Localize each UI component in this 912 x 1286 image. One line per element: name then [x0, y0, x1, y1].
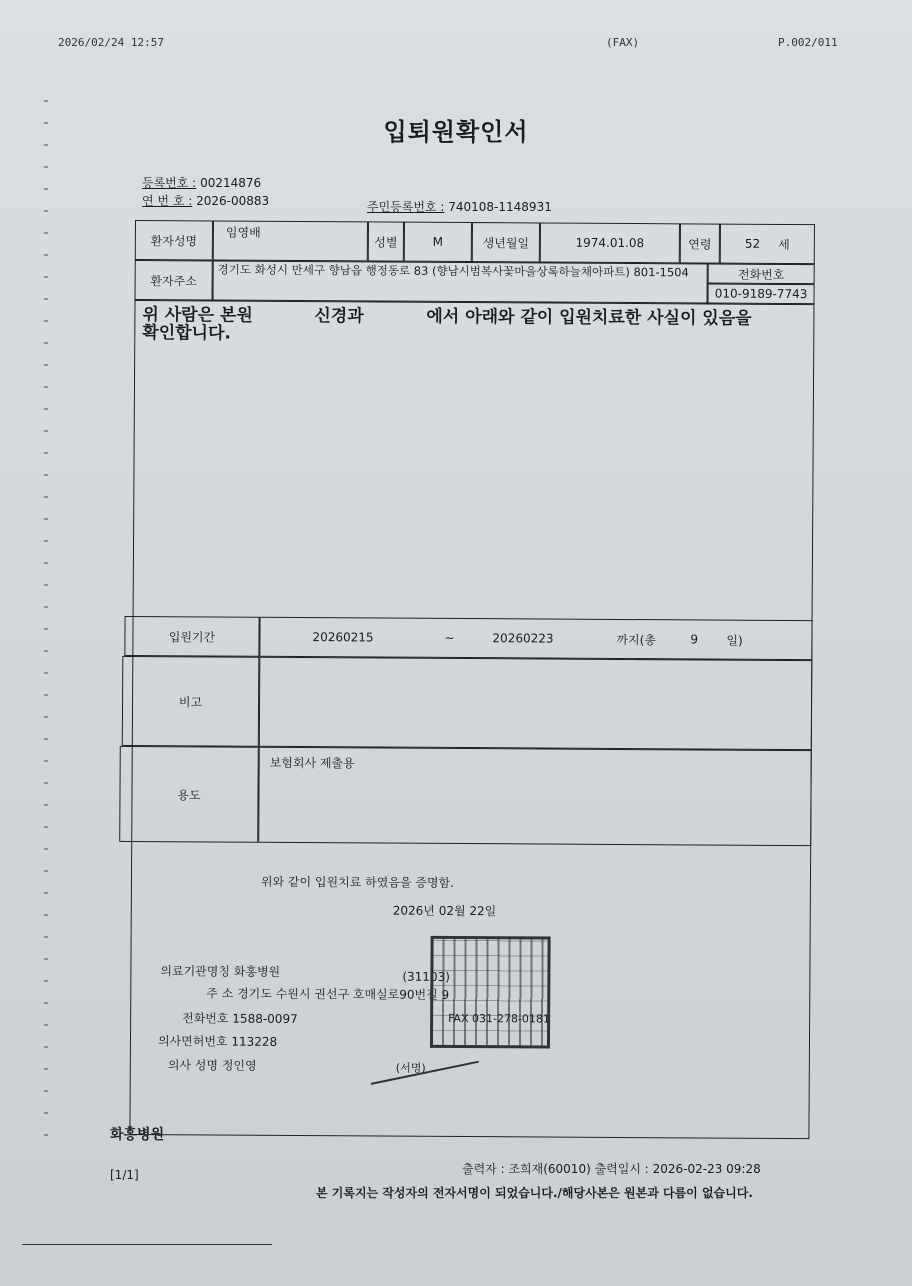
page-indicator: [1/1]	[110, 1168, 139, 1182]
period-tilde: ~	[444, 631, 454, 645]
remarks-value	[259, 657, 813, 750]
fax-page: P.002/011	[778, 36, 838, 49]
statement: 위 사람은 본원 신경과 에서 아래와 같이 입원치료한 사실이 있음을 확인합…	[142, 306, 802, 346]
address-label: 환자주소	[135, 260, 213, 300]
institution-address-label: 주 소	[206, 986, 233, 1000]
registration-number-label: 등록번호 :	[142, 176, 196, 190]
doctor-row: 의사 성명 정인영	[168, 1056, 257, 1074]
hospital-seal-stamp	[430, 936, 551, 1049]
age-unit: 세	[778, 235, 790, 252]
sex-label: 성별	[368, 221, 404, 261]
certificate-form: 환자성명 임영배 성별 M 생년월일 1974.01.08 연령 52 세 환자…	[129, 220, 815, 1139]
certification-text: 위와 같이 입원치료 하였음을 증명함.	[261, 873, 454, 891]
total-suffix: 일)	[726, 631, 742, 648]
remarks-label: 비고	[122, 656, 260, 747]
institution-address: 경기도 수원시 권선구 호매실로90번길 9	[237, 987, 449, 1002]
address-row: 주 소 경기도 수원시 권선구 호매실로90번길 9	[206, 984, 449, 1002]
institution-name: 화홍병원	[234, 965, 280, 979]
resident-number: 주민등록번호 : 740108-1148931	[367, 198, 552, 215]
institution-label: 의료기관명칭	[160, 964, 230, 978]
purpose-label: 용도	[119, 746, 259, 843]
electronic-signature-notice: 본 기록지는 작성자의 전자서명이 되었습니다./해당사본은 원본과 다름이 없…	[316, 1184, 753, 1201]
patient-name: 임영배	[213, 220, 368, 261]
institution-phone-label: 전화번호	[182, 1011, 228, 1025]
patient-phone: 010-9189-7743	[708, 283, 815, 304]
serial-number-value: 2026-00883	[196, 194, 269, 208]
age-label: 연령	[680, 223, 720, 263]
document-title: 입퇴원확인서	[0, 112, 912, 147]
admission-start: 20260215	[312, 630, 373, 644]
fax-datetime: 2026/02/24 12:57	[58, 36, 164, 49]
serial-number-label: 연 번 호 :	[142, 194, 192, 208]
institution-row: 의료기관명칭 화홍병원	[160, 962, 280, 980]
doctor-label: 의사 성명	[168, 1058, 218, 1072]
admission-period: 20260215 ~ 20260223 까지(총 9 일)	[259, 617, 812, 660]
birth-label: 생년월일	[472, 222, 540, 262]
certification-date: 2026년 02월 22일	[393, 902, 497, 920]
admission-period-label: 입원기간	[124, 616, 259, 657]
total-days: 9	[690, 632, 698, 646]
serial-number: 연 번 호 : 2026-00883	[142, 192, 269, 209]
admission-end: 20260223	[492, 631, 553, 645]
sex-value: M	[404, 222, 472, 262]
birth-value: 1974.01.08	[540, 222, 680, 263]
patient-name-label: 환자성명	[135, 220, 213, 260]
footer-hospital: 화홍병원	[110, 1124, 164, 1144]
phone-row: 전화번호 1588-0097	[182, 1009, 298, 1027]
doctor-name: 정인영	[222, 1059, 257, 1073]
institution-phone: 1588-0097	[232, 1012, 298, 1026]
license-number: 113228	[231, 1035, 277, 1049]
patient-address: 경기도 화성시 만세구 향남읍 행정동로 83 (향남시범복사꽃마을상록하늘채아…	[213, 260, 708, 303]
fax-header: 2026/02/24 12:57 (FAX) P.002/011	[0, 36, 912, 52]
registration-number: 등록번호 : 00214876	[142, 174, 261, 191]
age-value: 52	[745, 237, 760, 251]
resident-number-value: 740108-1148931	[448, 200, 552, 214]
fax-edge-marks	[44, 100, 48, 1150]
license-label: 의사면허번호	[158, 1034, 228, 1048]
purpose-value: 보험회사 제출용	[258, 747, 812, 846]
age-cell: 52 세	[720, 224, 815, 265]
fax-mode: (FAX)	[606, 36, 639, 49]
phone-label: 전화번호	[708, 263, 815, 284]
department: 신경과	[314, 307, 363, 325]
statement-suffix: 에서 아래와 같이 입원치료한 사실이 있음을	[426, 308, 751, 328]
statement-line2: 확인합니다.	[142, 323, 231, 344]
license-row: 의사면허번호 113228	[158, 1032, 277, 1050]
total-prefix: 까지(총	[616, 630, 656, 647]
resident-number-label: 주민등록번호 :	[367, 200, 444, 214]
registration-number-value: 00214876	[200, 176, 261, 190]
printed-by: 출력자 : 조희재(60010) 출력일시 : 2026-02-23 09:28	[462, 1160, 761, 1177]
bottom-rule	[22, 1244, 272, 1245]
